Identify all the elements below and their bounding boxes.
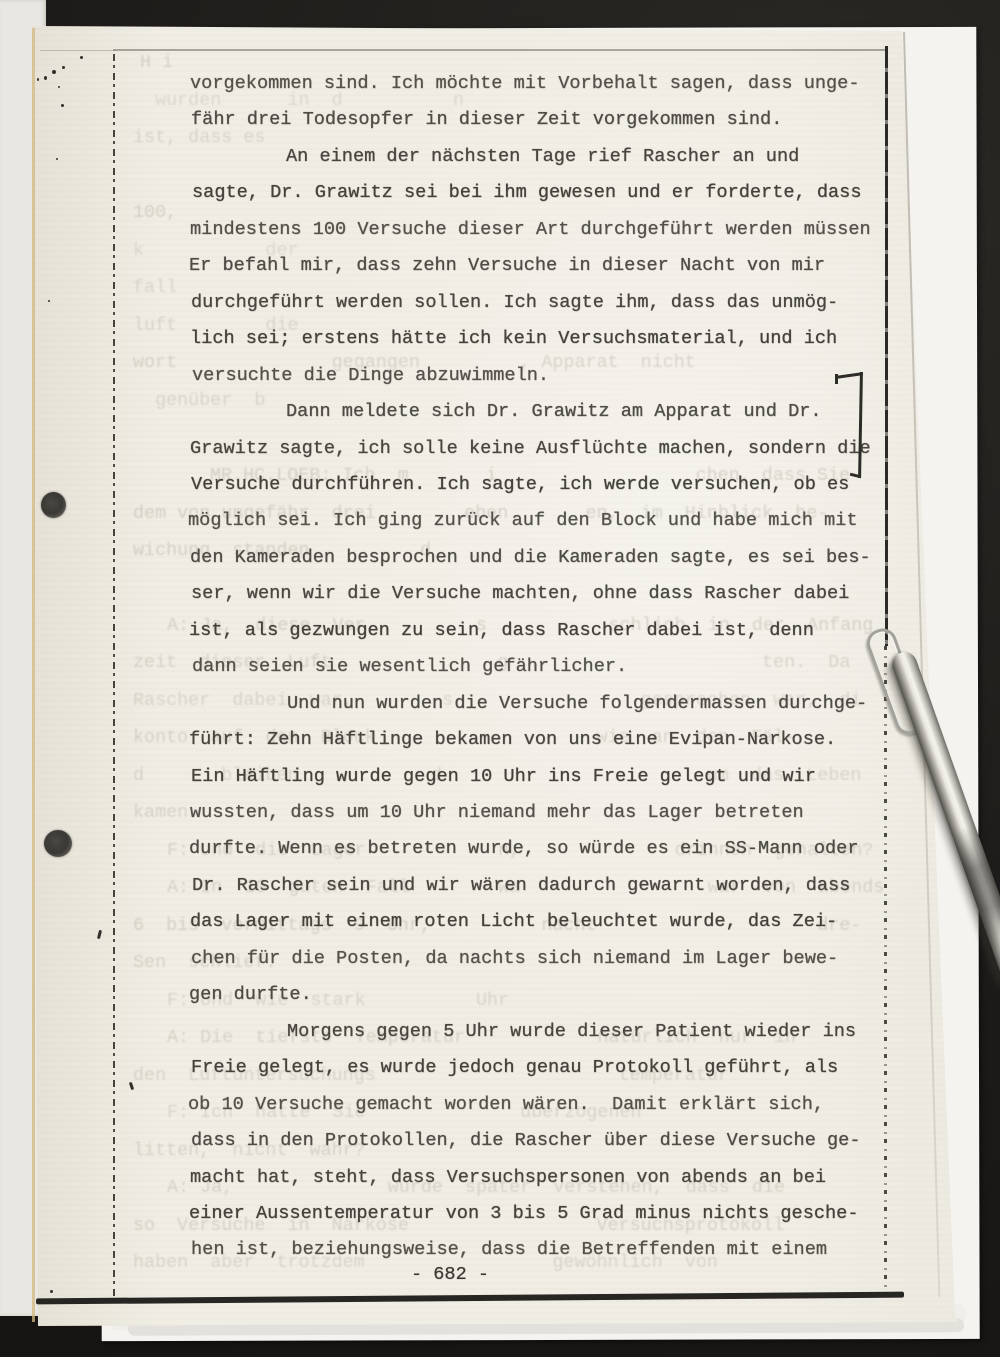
typed-line: möglich sei. Ich ging zurück auf den Blo… [188, 509, 857, 533]
typed-line: den Kameraden besprochen und die Kamerad… [190, 546, 871, 570]
page-left-tan-edge [32, 28, 35, 1322]
typed-line: dann seien sie wesentlich gefährlicher. [192, 655, 627, 679]
ink-speck [37, 78, 39, 81]
ink-speck [58, 86, 60, 88]
typed-line: lich sei; erstens hätte ich kein Versuch… [190, 327, 837, 351]
ink-speck [80, 56, 83, 59]
frame-right-rule-dotted [884, 646, 887, 1298]
typed-line: gen durfte. [189, 983, 312, 1007]
typed-line: das Lager mit einem roten Licht beleucht… [190, 910, 837, 934]
typed-line: Ein Häftling wurde gegen 10 Uhr ins Frei… [191, 765, 816, 789]
bleedthrough-line: H i [140, 52, 173, 73]
typed-line: durfte. Wenn es betreten wurde, so würde… [189, 837, 858, 861]
ink-speck [50, 1290, 53, 1293]
typed-line: führt: Zehn Häftlinge bekamen von uns ei… [189, 728, 836, 752]
typed-line: durchgeführt werden sollen. Ich sagte ih… [191, 291, 838, 315]
typed-line: ob 10 Versuche gemacht worden wären. Dam… [188, 1093, 824, 1117]
ink-speck [62, 66, 65, 69]
typed-line: wussten, dass um 10 Uhr niemand mehr das… [190, 801, 804, 825]
typed-line: ist, als gezwungen zu sein, dass Rascher… [189, 619, 814, 643]
typed-line: fähr drei Todesopfer in dieser Zeit vorg… [191, 108, 782, 132]
typed-line: Freie gelegt, es wurde jedoch genau Prot… [191, 1056, 838, 1080]
ink-speck [44, 76, 47, 80]
typed-line: An einem der nächsten Tage rief Rascher … [286, 145, 799, 169]
typed-line: mindestens 100 Versuche dieser Art durch… [190, 218, 871, 242]
typed-line: macht hat, steht, dass Versuchspersonen … [190, 1166, 826, 1190]
typed-line: versuchte die Dinge abzuwimmeln. [192, 364, 549, 388]
typed-line: einer Aussentemperatur von 3 bis 5 Grad … [189, 1202, 858, 1226]
punch-hole-top [41, 492, 66, 518]
typed-line: Dr. Rascher sein und wir wären dadurch g… [192, 874, 850, 898]
ink-speck [48, 300, 50, 302]
typed-line: Versuche durchführen. Ich sagte, ich wer… [191, 473, 849, 497]
frame-right-rule [885, 46, 888, 646]
frame-top-rule [113, 49, 887, 51]
ink-speck [52, 70, 56, 74]
bleedthrough-line: 100, [133, 202, 177, 223]
typed-line: Grawitz sagte, ich solle keine Ausflücht… [190, 437, 871, 461]
frame-top-rule-faint [40, 50, 115, 51]
typed-line: Dann meldete sich Dr. Grawitz am Apparat… [286, 400, 822, 424]
bleedthrough-line: genüber b [133, 390, 265, 411]
ink-speck [56, 158, 58, 160]
page-number: - 682 - [30, 1264, 870, 1285]
typed-line: ser, wenn wir die Versuche machten, ohne… [191, 582, 849, 606]
punch-hole-bottom [44, 830, 72, 857]
typed-line: Und nun wurden die Versuche folgendermas… [287, 692, 867, 716]
typed-line: vorgekommen sind. Ich möchte mit Vorbeha… [190, 72, 859, 96]
frame-left-dashed-rule [113, 54, 115, 1300]
typed-line: Morgens gegen 5 Uhr wurde dieser Patient… [287, 1020, 856, 1044]
scanned-document-photo: { "scan": { "background_color": "#1d1b19… [0, 0, 1000, 1357]
bracket-top-serif [835, 374, 838, 384]
ink-speck [61, 104, 64, 107]
typed-line: chen für die Posten, da nachts sich niem… [191, 947, 838, 971]
bleedthrough-line: fall [133, 277, 177, 298]
typed-line: hen ist, beziehungsweise, dass die Betre… [191, 1238, 827, 1262]
typed-line: sagte, Dr. Grawitz sei bei ihm gewesen u… [192, 181, 861, 205]
typed-line: dass in den Protokollen, die Rascher übe… [191, 1129, 860, 1153]
typed-line: Er befahl mir, dass zehn Versuche in die… [189, 254, 825, 278]
